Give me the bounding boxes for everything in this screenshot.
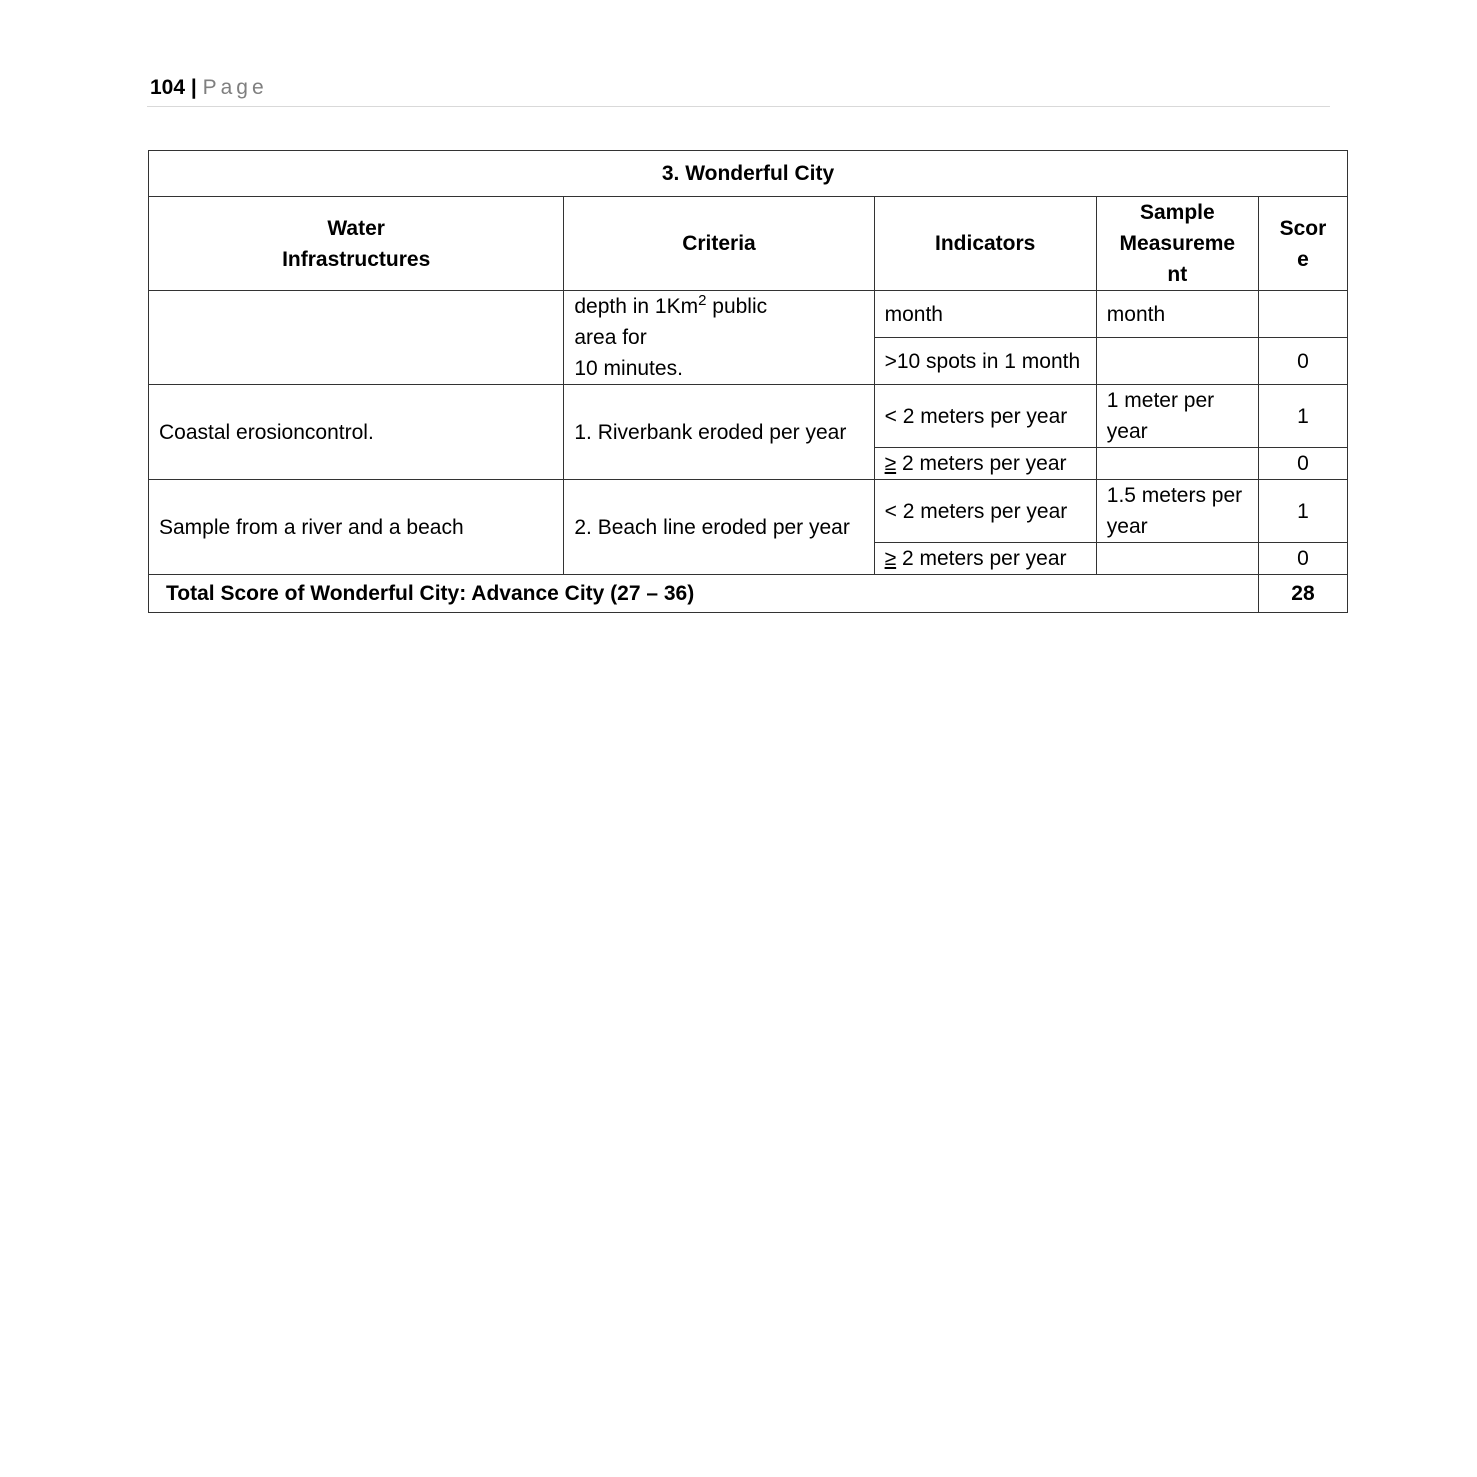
page-separator: | (191, 76, 197, 99)
col-header-sample: SampleMeasurement (1096, 197, 1258, 291)
score-cell: 1 (1258, 480, 1347, 543)
col-header-score: Score (1258, 197, 1347, 291)
criteria-cell: depth in 1Km2 public area for 10 minutes… (564, 291, 874, 385)
criteria-cell: 2. Beach line eroded per year (564, 480, 874, 575)
total-score: 28 (1258, 575, 1347, 613)
page-header: 104 | Page (150, 76, 268, 100)
infrastructure-cell: Coastal erosioncontrol. (149, 385, 564, 480)
sample-cell (1096, 338, 1258, 385)
score-cell: 1 (1258, 385, 1347, 448)
score-cell: 0 (1258, 338, 1347, 385)
header-divider (147, 106, 1330, 107)
score-cell: 0 (1258, 448, 1347, 480)
sample-cell: 1 meter per year (1096, 385, 1258, 448)
table-row: depth in 1Km2 public area for 10 minutes… (149, 291, 1348, 338)
score-cell: 0 (1258, 543, 1347, 575)
table-row: Sample from a river and a beach 2. Beach… (149, 480, 1348, 543)
infrastructure-cell: Sample from a river and a beach (149, 480, 564, 575)
col-header-criteria: Criteria (564, 197, 874, 291)
total-label: Total Score of Wonderful City: Advance C… (149, 575, 1259, 613)
sample-cell (1096, 448, 1258, 480)
sample-cell: 1.5 meters per year (1096, 480, 1258, 543)
page-label: Page (203, 76, 268, 99)
table-row: Coastal erosioncontrol. 1. Riverbank ero… (149, 385, 1348, 448)
table-title: 3. Wonderful City (149, 151, 1348, 197)
sample-cell: month (1096, 291, 1258, 338)
indicator-cell: >10 spots in 1 month (874, 338, 1096, 385)
indicator-cell: month (874, 291, 1096, 338)
infrastructure-cell (149, 291, 564, 385)
indicator-cell: ≥ 2 meters per year (874, 448, 1096, 480)
score-cell (1258, 291, 1347, 338)
indicator-cell: ≥ 2 meters per year (874, 543, 1096, 575)
col-header-indicators: Indicators (874, 197, 1096, 291)
page-number: 104 (150, 76, 185, 99)
sample-cell (1096, 543, 1258, 575)
indicator-cell: < 2 meters per year (874, 480, 1096, 543)
criteria-cell: 1. Riverbank eroded per year (564, 385, 874, 480)
col-header-infrastructure: WaterInfrastructures (149, 197, 564, 291)
indicator-cell: < 2 meters per year (874, 385, 1096, 448)
total-row: Total Score of Wonderful City: Advance C… (149, 575, 1348, 613)
wonderful-city-table: 3. Wonderful City WaterInfrastructures C… (148, 150, 1348, 613)
